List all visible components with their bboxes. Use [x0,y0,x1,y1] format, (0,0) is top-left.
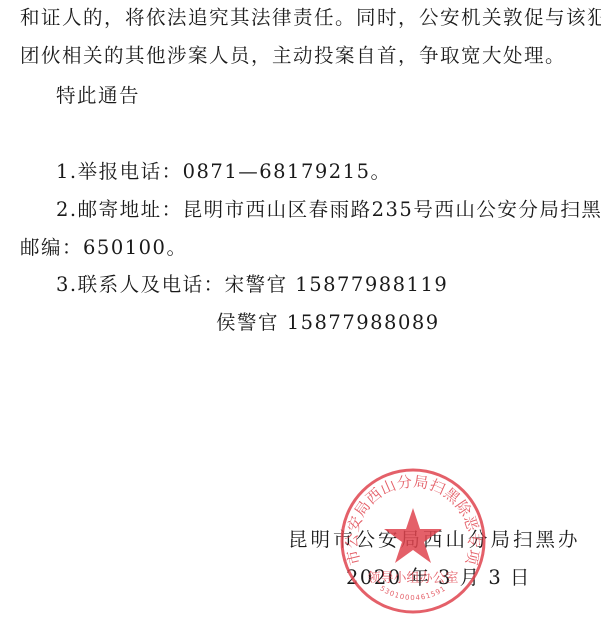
contact-item-person-1: 3.联系人及电话：宋警官 15877988119 [56,273,448,297]
closing-text: 特此通告 [56,84,140,108]
paragraph-line-2: 团伙相关的其他涉案人员，主动投案自首，争取宽大处理。 [20,44,566,68]
contact-item-postcode: 邮编：650100。 [20,236,187,260]
stamp-inner-text: 领导小组办公室 [367,570,458,586]
contact-item-person-2: 侯警官 15877988089 [216,311,440,335]
contact-item-address: 2.邮寄地址：昆明市西山区春雨路235号西山公安分局扫黑办， [56,198,601,222]
paragraph-line-1: 和证人的，将依法追究其法律责任。同时，公安机关敦促与该犯罪 [20,6,601,30]
star-icon [384,508,442,563]
contact-item-phone: 1.举报电话：0871—68179215。 [56,160,391,184]
official-seal-stamp: 昆明市公安局西山分局扫黑除恶专项斗争 领导小组办公室 5301000461591 [338,466,488,616]
stamp-serial: 5301000461591 [378,584,447,602]
